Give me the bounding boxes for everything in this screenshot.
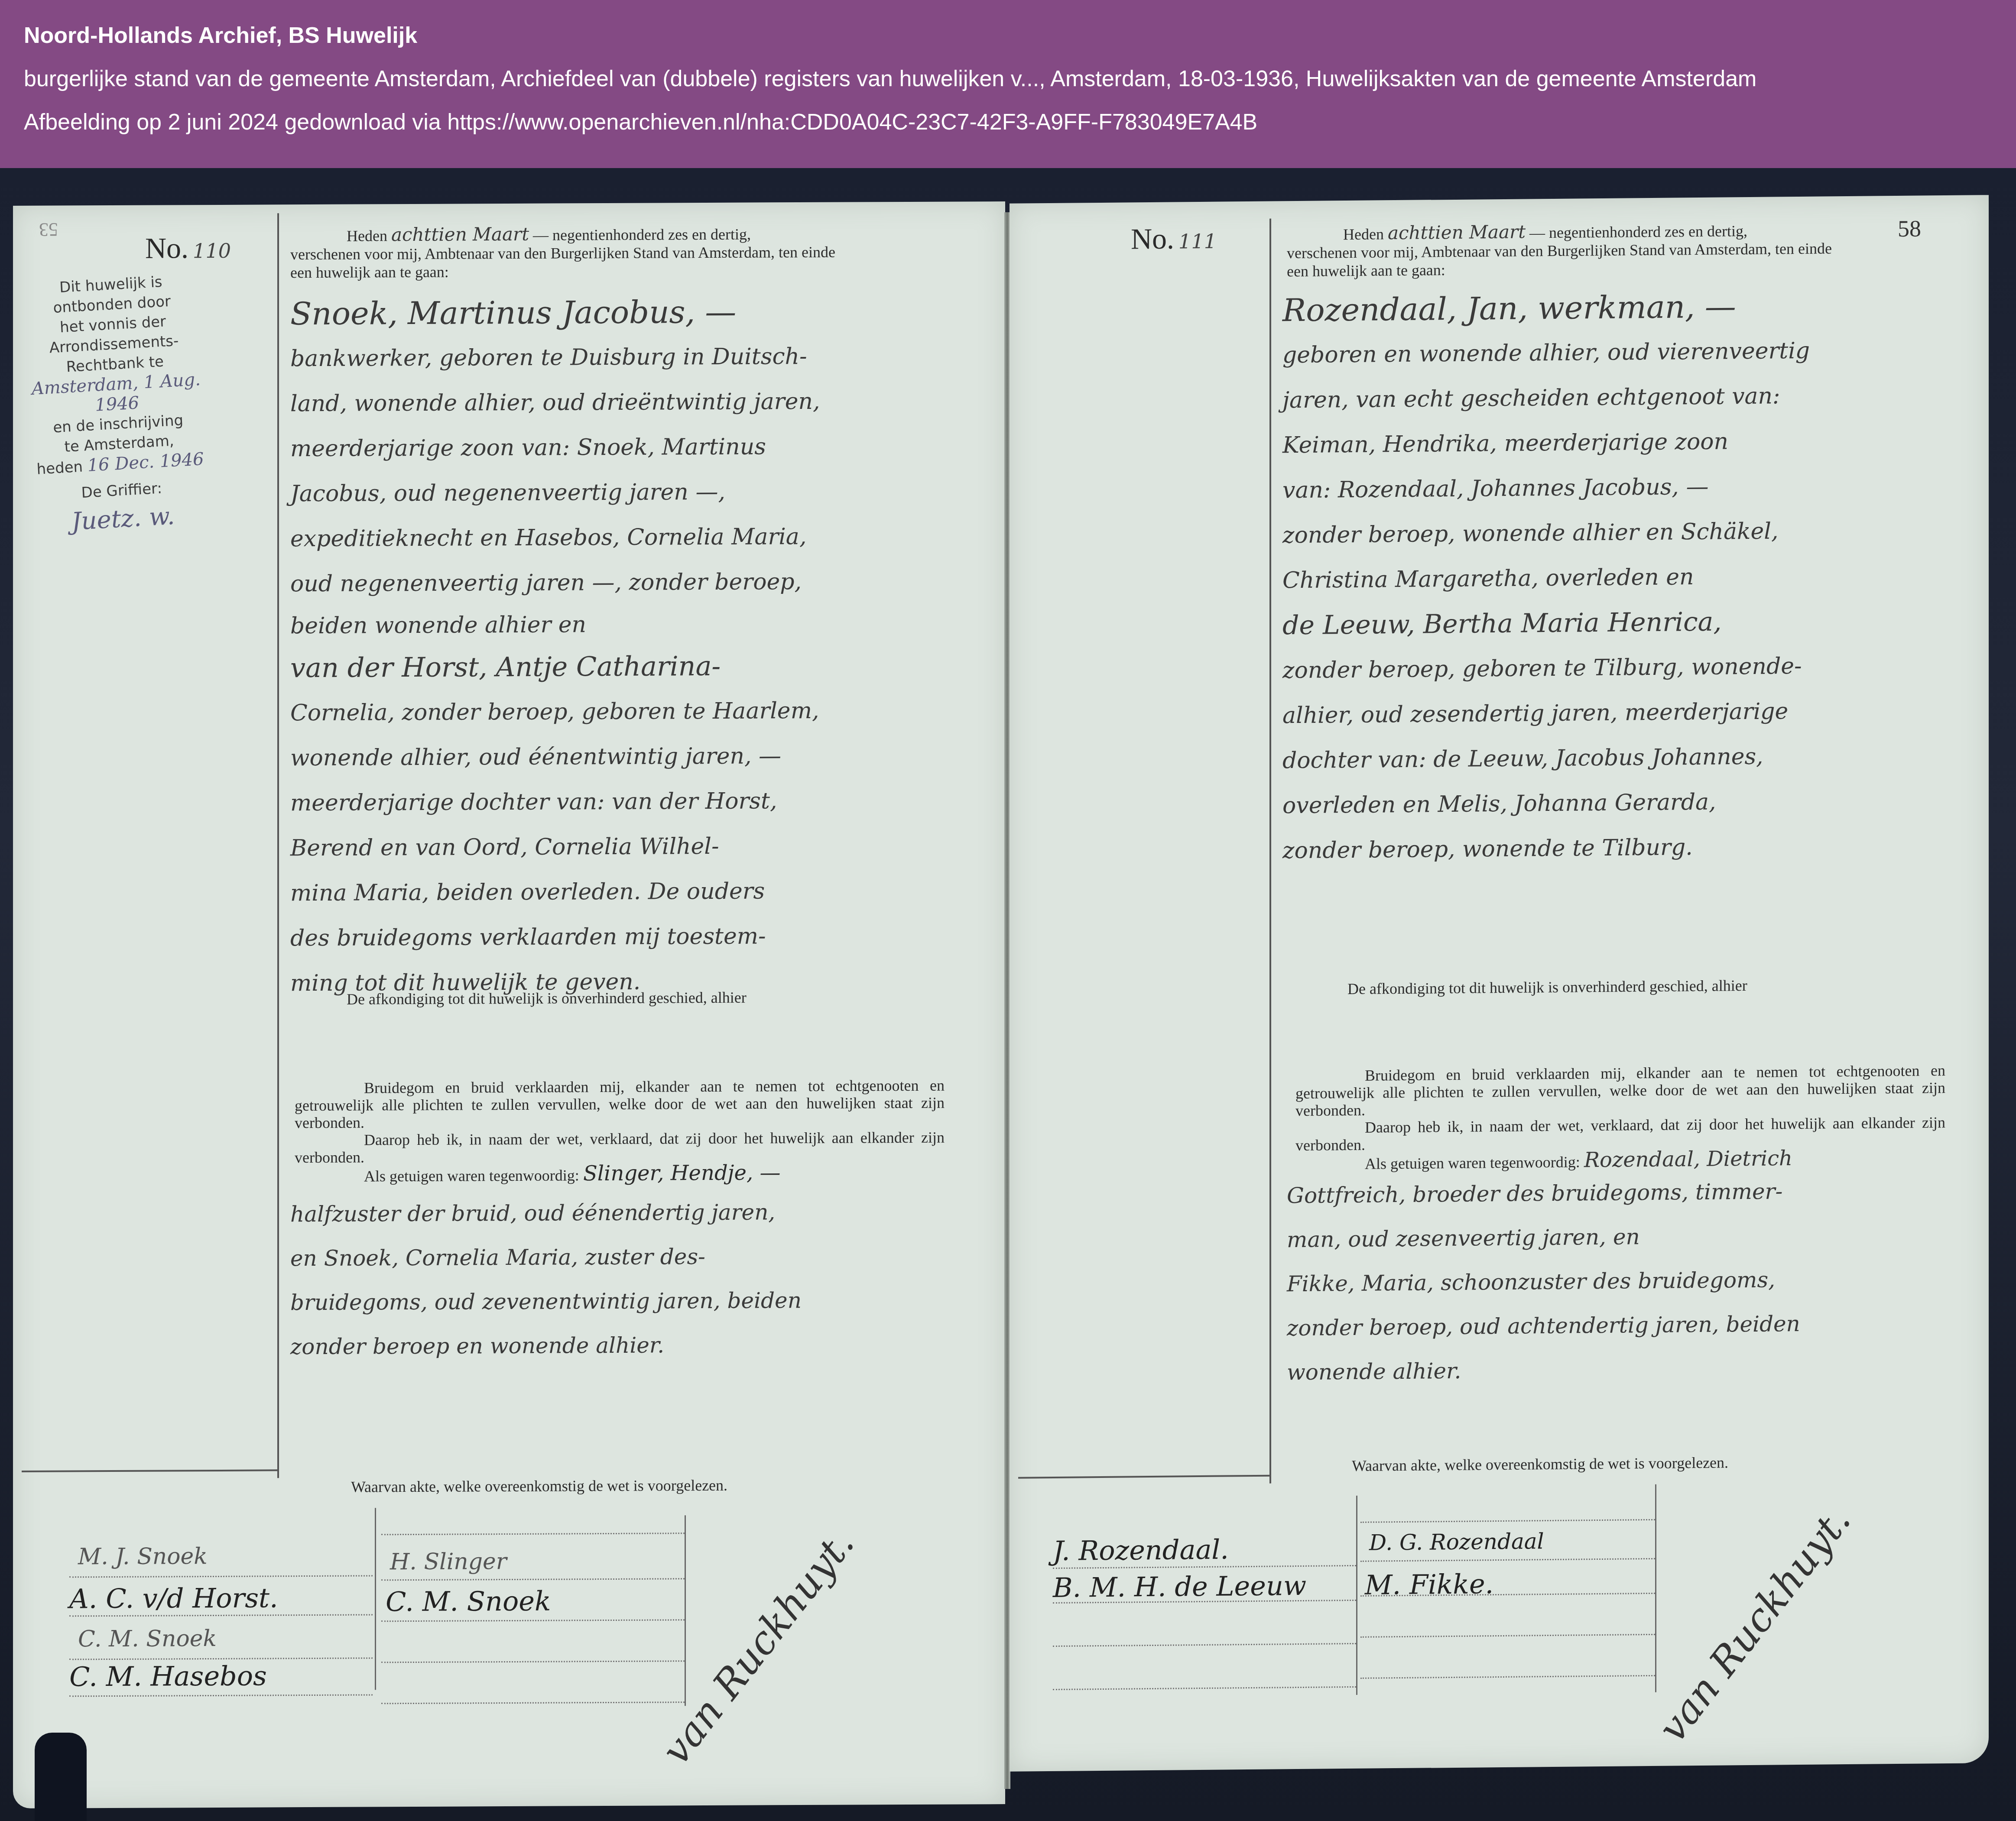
stamp-heden-label: heden [36,458,83,478]
body-line: dochter van: de Leeuw, Jacobus Johannes, [1282,732,1932,783]
signature-groom-mother: C. M. Snoek [78,1626,217,1652]
old-page-mark: 53 [39,219,58,241]
sig-line [381,1619,685,1622]
sig-line [1053,1686,1356,1690]
heading-line2: verschenen voor mij, Ambtenaar van den B… [1287,240,1832,262]
heading-year: negentienhonderd zes en dertig, [552,226,751,244]
margin-box-rule [1018,1475,1269,1479]
body-line: de Leeuw, Bertha Maria Henrica, [1282,597,1932,648]
record-description: burgerlijke stand van de gemeente Amster… [24,66,2016,92]
signature-bride: A. C. v/d Horst. [69,1582,278,1614]
sig-line [69,1657,373,1660]
witness-line: zonder beroep, oud achtendertig jaren, b… [1287,1300,1937,1350]
sig-line [1360,1519,1655,1523]
heading-year: negentienhonderd zes en dertig, [1549,222,1747,241]
right-page: 58 No.111 Heden achttien Maart — negenti… [1010,195,1989,1772]
body-line: jaren, van echt gescheiden echtgenoot va… [1282,372,1932,423]
act-number-value: 111 [1178,230,1217,253]
witness-label: Als getuigen waren tegenwoordig: [1365,1153,1580,1172]
vows-clause: Bruidegom en bruid verklaarden mij, elka… [295,1077,945,1132]
ribbon-tab [35,1733,87,1821]
body-line: van: Rozendaal, Johannes Jacobus, — [1282,462,1932,513]
witness-line: wonende alhier. [1287,1345,1937,1394]
act-body: Rozendaal, Jan, werkman, — geboren en wo… [1282,282,1932,873]
act-body: Snoek, Martinus Jacobus, — bankwerker, g… [290,288,940,1006]
vows-clause: Bruidegom en bruid verklaarden mij, elka… [1295,1062,1945,1119]
act-number-label: No. [1131,222,1174,256]
witness-line: zonder beroep en wonende alhier. [290,1322,940,1369]
signature-groom: M. J. Snoek [78,1543,208,1570]
sig-line [1360,1558,1655,1562]
download-note: Afbeelding op 2 juni 2024 gedownload via… [24,109,2016,135]
sig-divider [685,1515,686,1706]
signature-groom: J. Rozendaal. [1053,1533,1229,1567]
act-number: No.110 [145,231,231,266]
dissolution-stamp: Dit huwelijk is ontbonden door het vonni… [19,270,214,535]
signature-witness-2: M. Fikke. [1365,1568,1493,1601]
sig-line [69,1575,373,1578]
margin-box-rule [22,1469,277,1472]
body-line: van der Horst, Antje Catharina- [290,643,940,691]
heading-line3: een huwelijk aan te gaan: [290,263,449,282]
griffier-label: De Griffier: [30,476,213,506]
sig-line [69,1614,373,1617]
sig-line [69,1694,373,1697]
closing-text: Waarvan akte, welke overeenkomstig de we… [1352,1453,1728,1475]
heading-date: achttien Maart [1388,221,1526,243]
act-number: No.111 [1131,221,1217,256]
body-line: Rozendaal, Jan, werkman, — [1282,282,1932,333]
sig-line [1360,1675,1655,1679]
act-number-label: No. [145,231,188,264]
closing-text: Waarvan akte, welke overeenkomstig de we… [351,1476,727,1496]
body-line: Christina Margaretha, overleden en [1282,552,1932,603]
sig-divider [375,1508,376,1690]
witness-line: man, oud zesenveertig jaren, en [1287,1212,1937,1262]
body-line: Berend en van Oord, Cornelia Wilhel- [290,823,940,871]
archive-header-banner: Noord-Hollands Archief, BS Huwelijk burg… [0,0,2016,168]
witness-hand: Slinger, Hendje, — [583,1160,781,1186]
afkondiging-text: De afkondiging tot dit huwelijk is onver… [1347,975,1954,998]
body-line: Cornelia, zonder beroep, geboren te Haar… [290,688,940,736]
heading-prefix: Heden [1287,225,1384,243]
vows-clauses: Bruidegom en bruid verklaarden mij, elka… [295,1077,945,1186]
body-line: zonder beroep, geboren te Tilburg, wonen… [1282,642,1932,693]
body-line: zonder beroep, wonende te Tilburg. [1282,823,1932,873]
body-line: bankwerker, geboren te Duisburg in Duits… [290,334,940,382]
margin-rule [277,213,279,1478]
sig-line [381,1578,685,1581]
witness-line: bruidegoms, oud zevenentwintig jaren, be… [290,1278,940,1325]
witness-label: Als getuigen waren tegenwoordig: [364,1166,579,1185]
griffier-signature: Juetz. w. [32,504,214,535]
act-number-value: 110 [193,239,231,262]
body-line: meerderjarige zoon van: Snoek, Martinus [290,424,940,472]
body-line: expeditieknecht en Hasebos, Cornelia Mar… [290,514,940,562]
witness-hand: Rozendaal, Dietrich [1584,1146,1792,1172]
sig-line [381,1701,685,1704]
body-line: alhier, oud zesendertig jaren, meerderja… [1282,687,1932,738]
vows-clauses: Bruidegom en bruid verklaarden mij, elka… [1295,1062,1945,1173]
witness-line: Fikke, Maria, schoonzuster des bruidegom… [1287,1256,1937,1306]
heading-dash: — [1529,224,1545,241]
afkondiging-text: De afkondiging tot dit huwelijk is onver… [347,988,953,1008]
heading-dash: — [533,227,549,244]
declaration-clause: Daarop heb ik, in naam der wet, verklaar… [295,1129,945,1166]
sig-line [381,1660,685,1663]
sig-line [1053,1643,1356,1647]
official-signature: van Ruckhuyt. [1649,1498,1860,1750]
heading-date: achttien Maart [391,224,529,245]
signature-witness-1: H. Slinger [390,1549,507,1575]
sig-divider [1356,1496,1357,1695]
signature-bride: B. M. H. de Leeuw [1053,1570,1306,1604]
witness-line: en Snoek, Cornelia Maria, zuster des- [290,1234,940,1281]
witness-details: Gottfreich, broeder des bruidegoms, timm… [1287,1168,1937,1394]
left-page: 53 No.110 Dit huwelijk is ontbonden door… [13,201,1005,1808]
signature-groom-father: C. M. Hasebos [69,1660,267,1692]
body-line: overleden en Melis, Johanna Gerarda, [1282,778,1932,828]
archive-title: Noord-Hollands Archief, BS Huwelijk [24,23,2016,49]
sig-line [1360,1634,1655,1638]
heading-line3: een huwelijk aan te gaan: [1287,261,1445,280]
sig-line [381,1533,685,1535]
body-line: zonder beroep, wonende alhier en Schäkel… [1282,507,1932,558]
body-line: mina Maria, beiden overleden. De ouders [290,868,940,916]
signature-witness-2: C. M. Snoek [386,1585,551,1618]
signature-witness-1: D. G. Rozendaal [1369,1529,1544,1555]
body-line: geboren en wonende alhier, oud vierenvee… [1282,327,1932,378]
body-line: Keiman, Hendrika, meerderjarige zoon [1282,417,1932,468]
body-line: beiden wonende alhier en [290,604,940,646]
witness-details: halfzuster der bruid, oud éénendertig ja… [290,1189,940,1369]
body-line: Jacobus, oud negenenveertig jaren —, [290,469,940,517]
heading-line2: verschenen voor mij, Ambtenaar van den B… [290,243,835,263]
body-line: des bruidegoms verklaarden mij toestem- [290,913,940,961]
act-heading: Heden achttien Maart — negentienhonderd … [1287,219,1924,280]
margin-rule [1269,219,1271,1484]
body-line: land, wonende alhier, oud drieëntwintig … [290,379,940,427]
witness-line: halfzuster der bruid, oud éénendertig ja… [290,1189,940,1237]
heading-prefix: Heden [290,227,387,245]
witness-line: Gottfreich, broeder des bruidegoms, timm… [1287,1168,1937,1218]
body-line: Snoek, Martinus Jacobus, — [290,288,940,337]
body-line: meerderjarige dochter van: van der Horst… [290,778,940,826]
body-line: wonende alhier, oud éénentwintig jaren, … [290,733,940,781]
sig-divider [1655,1484,1656,1692]
body-line: oud negenenveertig jaren —, zonder beroe… [290,559,940,607]
act-heading: Heden achttien Maart — negentienhonderd … [290,224,927,282]
